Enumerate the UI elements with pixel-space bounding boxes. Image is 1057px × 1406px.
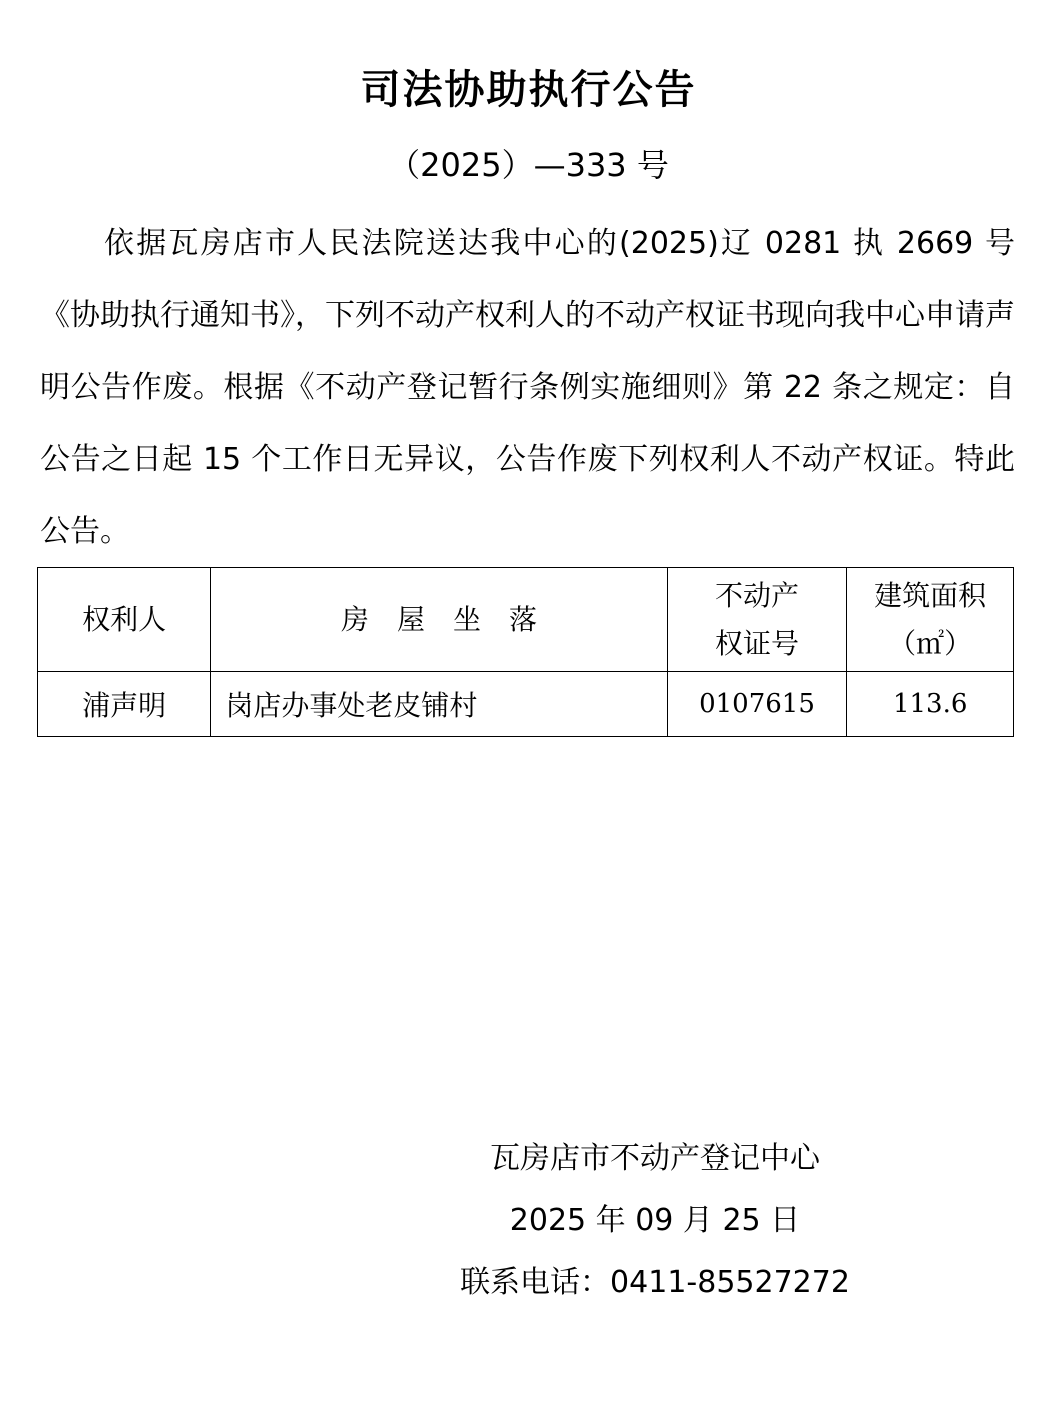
cell-cert-no: 0107615	[667, 672, 847, 737]
cell-holder: 浦声明	[38, 672, 211, 737]
header-cert-line2: 权证号	[668, 620, 847, 668]
header-location: 房 屋 坐 落	[211, 568, 667, 672]
header-cert-line1: 不动产	[668, 572, 847, 620]
header-area: 建筑面积 （㎡）	[847, 568, 1014, 672]
notice-body: 依据瓦房店市人民法院送达我中心的(2025)辽 0281 执 2669 号《协助…	[40, 208, 1015, 568]
certificate-table: 权利人 房 屋 坐 落 不动产 权证号 建筑面积 （㎡） 浦声明 岗店办事处老皮…	[37, 567, 1014, 737]
header-holder: 权利人	[38, 568, 211, 672]
table-row: 浦声明 岗店办事处老皮铺村 0107615 113.6	[38, 672, 1014, 737]
cell-location: 岗店办事处老皮铺村	[211, 672, 667, 737]
issue-date: 2025 年 09 月 25 日	[420, 1195, 890, 1239]
header-area-line1: 建筑面积	[847, 572, 1013, 620]
header-area-line2: （㎡）	[847, 620, 1013, 668]
issuer-name: 瓦房店市不动产登记中心	[420, 1133, 890, 1177]
cell-area: 113.6	[847, 672, 1014, 737]
notice-title: 司法协助执行公告	[0, 58, 1057, 115]
header-cert-no: 不动产 权证号	[667, 568, 847, 672]
notice-number: （2025）—333 号	[0, 140, 1057, 186]
contact-phone: 联系电话：0411-85527272	[420, 1257, 890, 1301]
table-header-row: 权利人 房 屋 坐 落 不动产 权证号 建筑面积 （㎡）	[38, 568, 1014, 672]
